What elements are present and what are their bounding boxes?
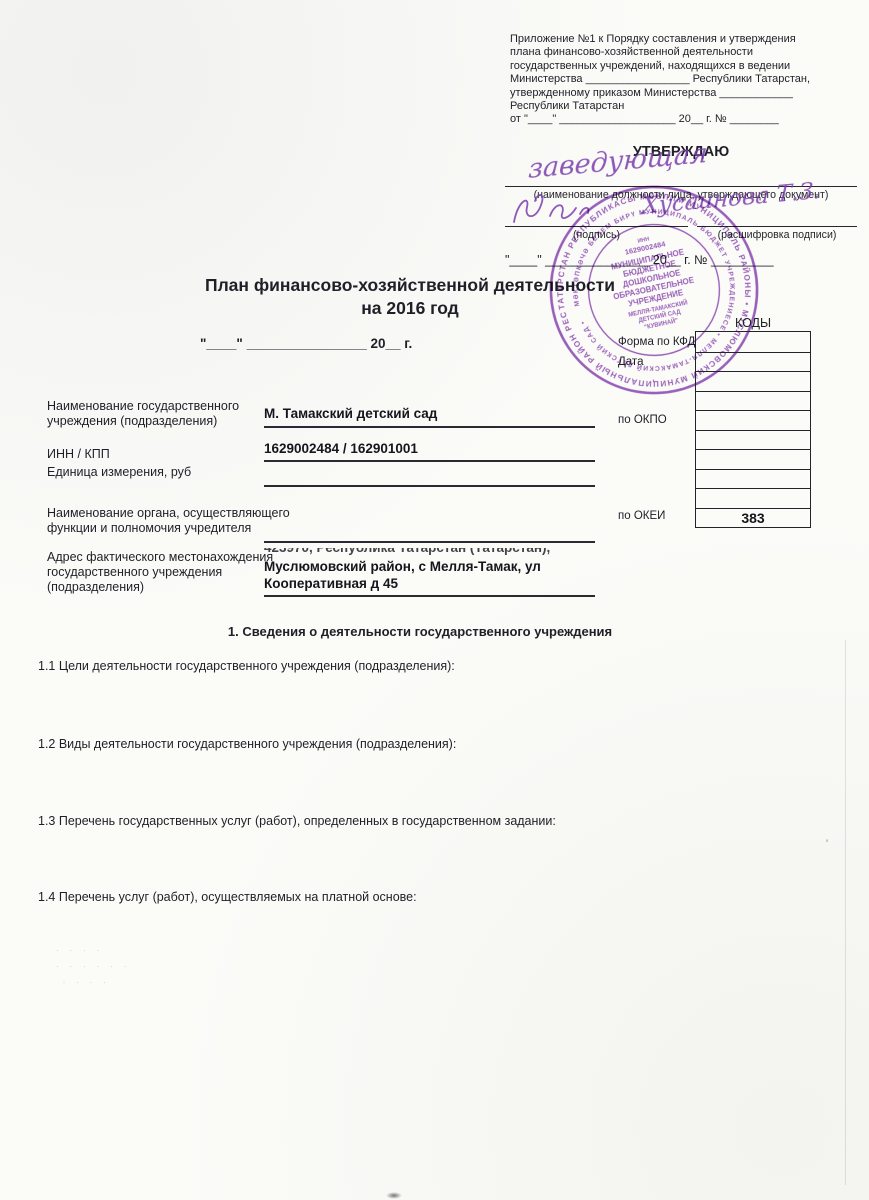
field-value-unit [264,468,595,487]
codes-table: 383 [695,331,811,528]
appendix-line: государственных учреждений, находящихся … [510,60,860,73]
codes-label-okei: по ОКЕИ [618,510,665,522]
field-value-institution: М. Тамакский детский сад [264,406,595,428]
address-line: Муслюмовский район, с Мелля-Тамак, ул [264,559,595,576]
appendix-line: Министерства _________________ Республик… [510,73,860,86]
field-label-line: (подразделения) [47,580,273,595]
codes-cell [696,410,810,430]
address-line-clipped: 423970, Республика Татарстан (Татарстан)… [264,548,595,559]
field-label-inn-kpp: ИНН / КПП [47,447,110,462]
appendix-line: от "____" ___________________ 20__ г. № … [510,113,860,126]
section-item-1-1: 1.1 Цели деятельности государственного у… [38,659,455,673]
field-label-line: функции и полномочия учредителя [47,521,290,536]
codes-cell [696,488,810,508]
scan-artifact-smudge [386,1192,402,1199]
field-label-line: Адрес фактического местонахождения [47,550,273,565]
appendix-line: плана финансово-хозяйственной деятельнос… [510,46,860,59]
field-value-founder [264,524,595,543]
section1-heading: 1. Сведения о деятельности государственн… [100,624,740,639]
codes-cell [696,371,810,391]
address-line: Кооперативная д 45 [264,576,595,593]
appendix-line: Приложение №1 к Порядку составления и ут… [510,33,860,46]
appendix-line: Республики Татарстан [510,100,860,113]
appendix-note: Приложение №1 к Порядку составления и ут… [510,33,860,127]
codes-cell [696,332,810,352]
field-label-address: Адрес фактического местонахождения госуд… [47,550,273,595]
address-line: 423970, Республика Татарстан (Татарстан)… [264,548,595,557]
codes-cell [696,391,810,411]
codes-cell [696,352,810,372]
section-item-1-2: 1.2 Виды деятельности государственного у… [38,737,456,751]
codes-cell-okei-value: 383 [696,508,810,528]
field-value-inn-kpp: 1629002484 / 162901001 [264,441,595,462]
section-item-1-3: 1.3 Перечень государственных услуг (рабо… [38,814,556,828]
field-value-address: 423970, Республика Татарстан (Татарстан)… [264,548,595,597]
codes-cell [696,430,810,450]
codes-cell [696,449,810,469]
codes-header: КОДЫ [695,316,811,330]
field-label-line: Наименование государственного [47,399,239,414]
field-label-unit: Единица измерения, руб [47,465,191,480]
codes-label-okpo: по ОКПО [618,414,667,426]
codes-label-date: Дата [618,356,643,368]
scan-artifact-tick: ' [826,838,828,850]
field-label-founder: Наименование органа, осуществляющего фун… [47,506,290,536]
appendix-line: утвержденному приказом Министерства ____… [510,87,860,100]
field-label-institution: Наименование государственного учреждения… [47,399,239,429]
field-label-line: учреждения (подразделения) [47,414,239,429]
codes-cell [696,469,810,489]
scanned-document-page: Приложение №1 к Порядку составления и ут… [0,0,869,1200]
field-label-line: государственного учреждения [47,565,273,580]
title-date-line: "____" ________________ 20__ г. [200,336,412,351]
section-item-1-4: 1.4 Перечень услуг (работ), осуществляем… [38,890,417,904]
codes-label-kfd: Форма по КФД [618,336,695,348]
scan-artifact-dots: · · · ·· · · · · · · · · · [56,942,131,990]
field-label-line: Наименование органа, осуществляющего [47,506,290,521]
scan-artifact-line [845,640,846,1185]
